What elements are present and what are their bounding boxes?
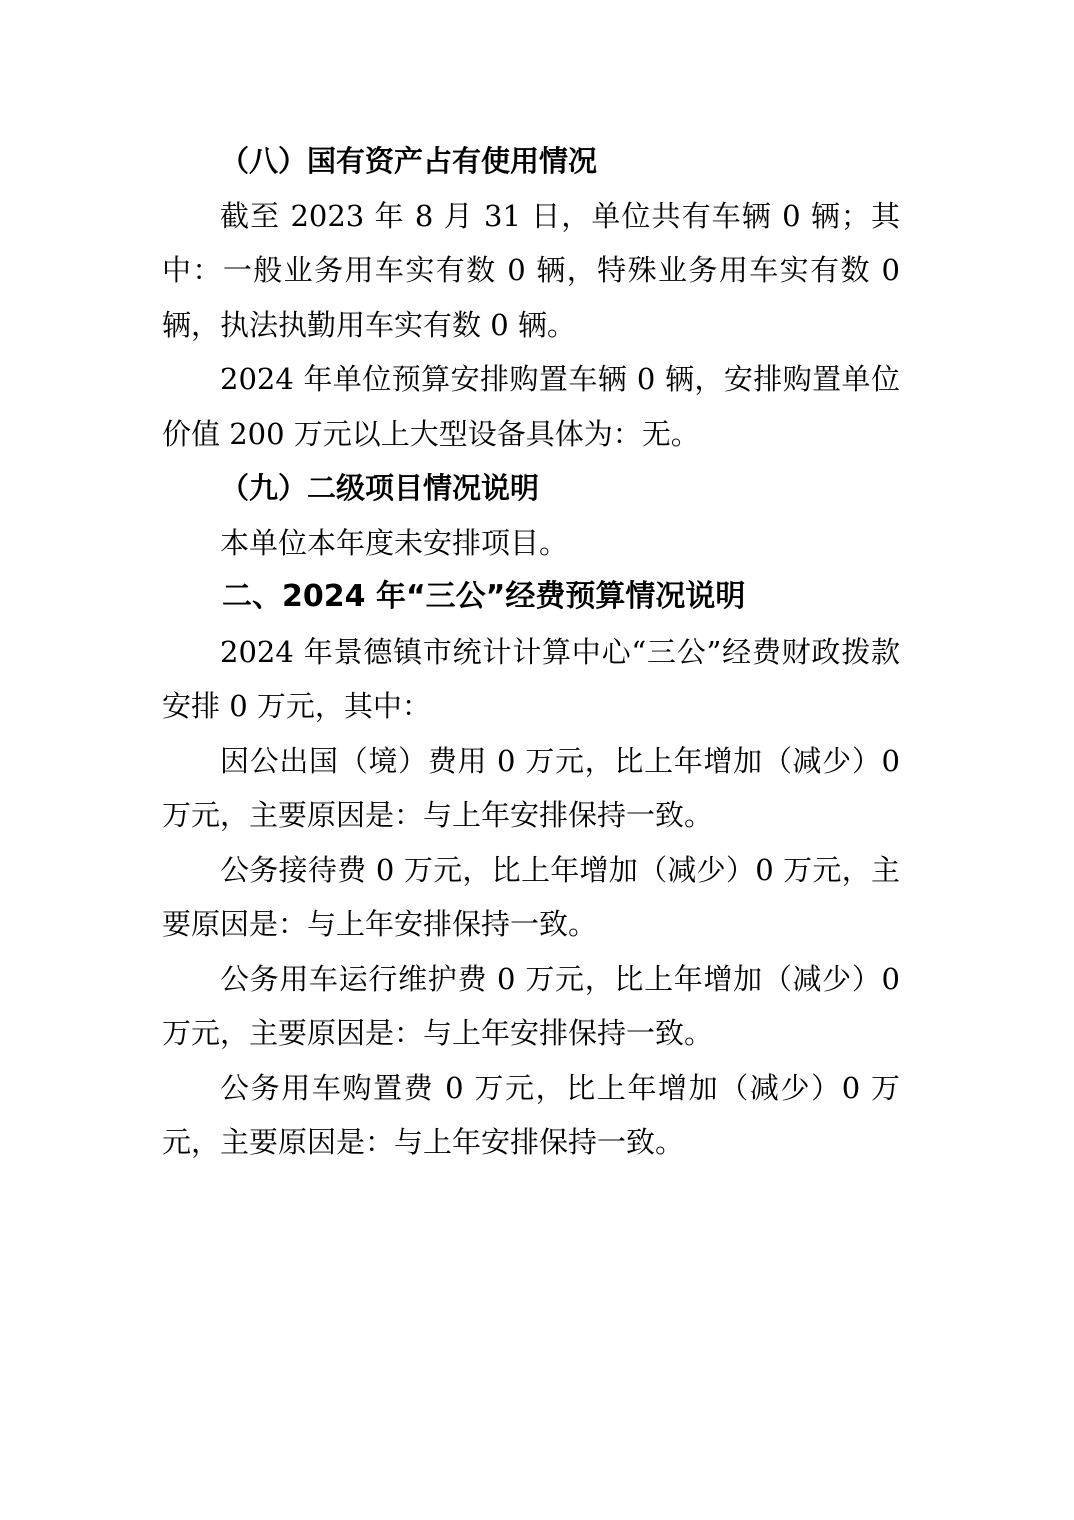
sub-section-heading: （八）国有资产占有使用情况 [162, 134, 900, 189]
body-paragraph: 本单位本年度未安排项目。 [162, 516, 900, 571]
document-page: （八）国有资产占有使用情况截至 2023 年 8 月 31 日，单位共有车辆 0… [0, 0, 1074, 1520]
body-paragraph: 公务接待费 0 万元，比上年增加（减少）0 万元，主要原因是：与上年安排保持一致… [162, 843, 900, 952]
body-paragraph: 公务用车运行维护费 0 万元，比上年增加（减少）0 万元，主要原因是：与上年安排… [162, 952, 900, 1061]
body-paragraph: 截至 2023 年 8 月 31 日，单位共有车辆 0 辆；其中：一般业务用车实… [162, 189, 900, 353]
sub-section-heading: （九）二级项目情况说明 [162, 461, 900, 516]
body-paragraph: 2024 年景德镇市统计计算中心“三公”经费财政拨款安排 0 万元，其中： [162, 625, 900, 734]
document-body: （八）国有资产占有使用情况截至 2023 年 8 月 31 日，单位共有车辆 0… [162, 134, 900, 1170]
section-heading: 二、2024 年“三公”经费预算情况说明 [162, 570, 900, 625]
body-paragraph: 公务用车购置费 0 万元，比上年增加（减少）0 万元，主要原因是：与上年安排保持… [162, 1061, 900, 1170]
body-paragraph: 2024 年单位预算安排购置车辆 0 辆，安排购置单位价值 200 万元以上大型… [162, 352, 900, 461]
body-paragraph: 因公出国（境）费用 0 万元，比上年增加（减少）0 万元，主要原因是：与上年安排… [162, 734, 900, 843]
